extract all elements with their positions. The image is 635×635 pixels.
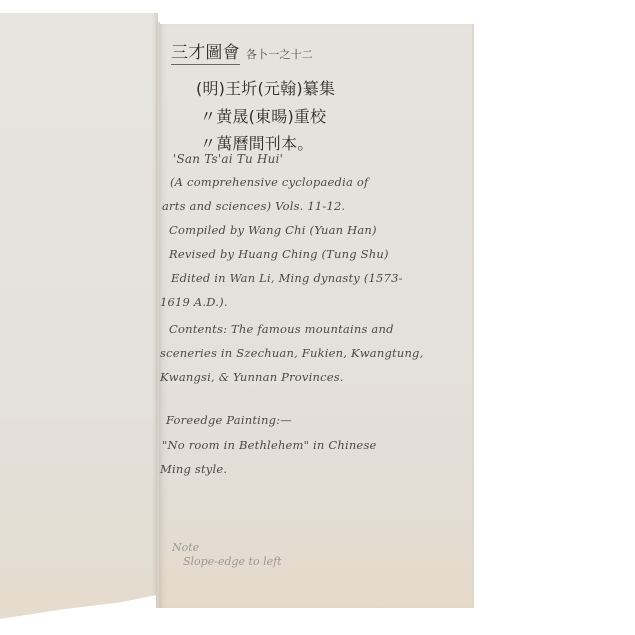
foreedge-heading: Foreedge Painting:— [166,413,292,427]
edition-line-2: 1619 A.D.). [160,295,228,309]
romanized-title: 'San Ts'ai Tu Hui' [173,152,283,166]
contents-line-1: Contents: The famous mountains and [169,322,394,336]
description-line-2: arts and sciences) Vols. 11-12. [162,199,345,213]
contents-line-3: Kwangsi, & Yunnan Provinces. [160,370,344,384]
edition-line-1: Edited in Wan Li, Ming dynasty (1573- [171,271,403,285]
cjk-reviser-line: 〃黄晟(東暘)重校 [200,104,326,127]
foreedge-line-1: "No room in Bethlehem" in Chinese [162,438,377,452]
cjk-title-line: 三才圖會各卜一之十二 [171,38,313,63]
cjk-compiler-line: (明)王圻(元翰)纂集 [196,76,335,99]
reviser-line: Revised by Huang Ching (Tung Shu) [169,247,389,261]
contents-line-2: sceneries in Szechuan, Fukien, Kwangtung… [160,346,423,360]
pencil-note-label: Note [172,541,199,554]
inscribed-page: 三才圖會各卜一之十二 (明)王圻(元翰)纂集 〃黄晟(東暘)重校 〃萬曆間刊本。… [159,24,474,608]
left-flyleaf-page [0,13,158,619]
description-line-1: (A comprehensive cyclopaedia of [170,175,368,189]
cjk-edition-line: 〃萬曆間刊本。 [200,131,313,154]
book-photo: 三才圖會各卜一之十二 (明)王圻(元翰)纂集 〃黄晟(東暘)重校 〃萬曆間刊本。… [0,0,635,635]
foreedge-line-2: Ming style. [160,462,227,476]
pencil-note-text: Slope-edge to left [183,555,282,568]
cjk-volume-note: 各卜一之十二 [246,48,313,61]
compiler-line: Compiled by Wang Chi (Yuan Han) [169,223,377,237]
cjk-title: 三才圖會 [171,43,240,65]
